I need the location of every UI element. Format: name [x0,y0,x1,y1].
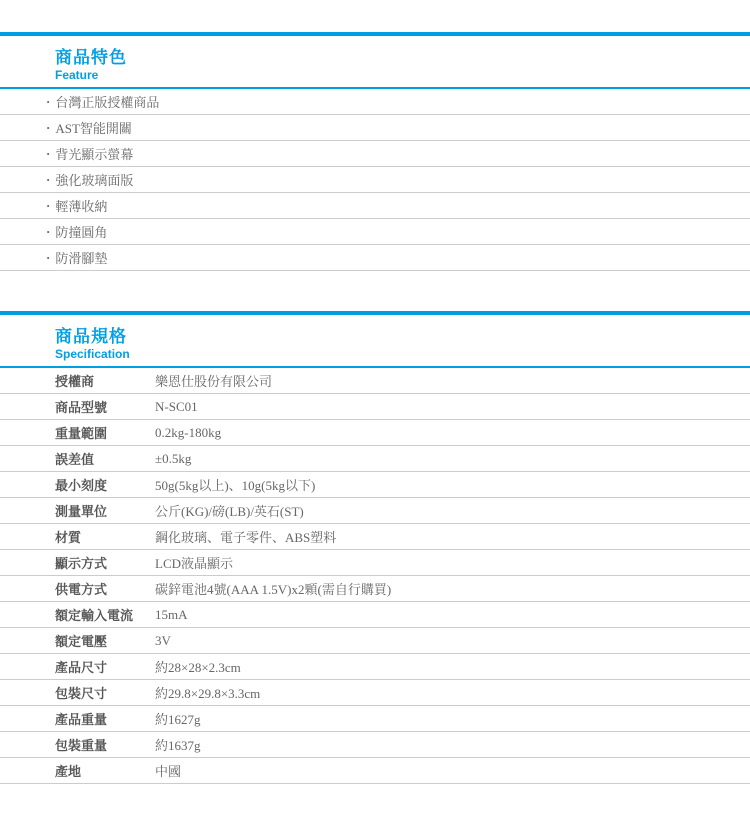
spec-value: N-SC01 [155,399,750,415]
spec-label: 重量範圍 [55,423,155,442]
spec-value: 3V [155,633,750,649]
table-row: 額定電壓 3V [0,628,750,654]
feature-text: 台灣正版授權商品 [55,92,159,111]
spec-label: 包裝尺寸 [55,683,155,702]
spec-value: 0.2kg-180kg [155,425,750,441]
bullet-icon: · [46,146,50,162]
spec-value: ±0.5kg [155,451,750,467]
spec-label: 包裝重量 [55,735,155,754]
bullet-icon: · [46,172,50,188]
specification-section-header: 商品規格 Specification [0,315,750,368]
feature-section-header: 商品特色 Feature [0,36,750,89]
specification-section: 商品規格 Specification 授權商 樂恩仕股份有限公司 商品型號 N-… [0,311,750,784]
spec-label: 供電方式 [55,579,155,598]
table-row: 顯示方式 LCD液晶顯示 [0,550,750,576]
spec-label: 材質 [55,527,155,546]
top-spacer [0,0,750,32]
feature-text: 背光顯示螢幕 [55,144,133,163]
spec-label: 最小刻度 [55,475,155,494]
spec-value: 樂恩仕股份有限公司 [155,371,750,390]
table-row: 產品重量 約1627g [0,706,750,732]
spec-label: 產地 [55,761,155,780]
spec-value: 約1637g [155,735,750,754]
table-row: 測量單位 公斤(KG)/磅(LB)/英石(ST) [0,498,750,524]
bullet-icon: · [46,120,50,136]
spec-label: 額定電壓 [55,631,155,650]
feature-list-item: · 強化玻璃面版 [0,167,750,193]
spec-value: 50g(5kg以上)、10g(5kg以下) [155,475,750,494]
feature-section-subtitle: Feature [55,68,750,82]
feature-list-item: · 台灣正版授權商品 [0,89,750,115]
feature-section: 商品特色 Feature · 台灣正版授權商品 · AST智能開關 · 背光顯示… [0,32,750,271]
specification-section-subtitle: Specification [55,347,750,361]
feature-text: AST智能開關 [55,118,132,137]
feature-list-item: · AST智能開關 [0,115,750,141]
feature-text: 防滑腳墊 [55,248,107,267]
spec-value: 中國 [155,761,750,780]
spec-label: 產品重量 [55,709,155,728]
feature-section-title: 商品特色 [55,48,750,68]
spec-value: 公斤(KG)/磅(LB)/英石(ST) [155,501,750,520]
feature-text: 防撞圓角 [55,222,107,241]
spec-label: 顯示方式 [55,553,155,572]
spec-table: 授權商 樂恩仕股份有限公司 商品型號 N-SC01 重量範圍 0.2kg-180… [0,368,750,784]
table-row: 材質 鋼化玻璃、電子零件、ABS塑料 [0,524,750,550]
spec-value: 約29.8×29.8×3.3cm [155,683,750,702]
spec-label: 誤差值 [55,449,155,468]
table-row: 供電方式 碳鋅電池4號(AAA 1.5V)x2顆(需自行購買) [0,576,750,602]
bullet-icon: · [46,94,50,110]
spec-label: 授權商 [55,371,155,390]
table-row: 誤差值 ±0.5kg [0,446,750,472]
feature-list: · 台灣正版授權商品 · AST智能開關 · 背光顯示螢幕 · 強化玻璃面版 ·… [0,89,750,271]
table-row: 最小刻度 50g(5kg以上)、10g(5kg以下) [0,472,750,498]
section-spacer [0,271,750,311]
spec-label: 額定輸入電流 [55,605,155,624]
spec-label: 商品型號 [55,397,155,416]
bullet-icon: · [46,224,50,240]
feature-text: 輕薄收納 [55,196,107,215]
spec-value: 約1627g [155,709,750,728]
spec-value: 碳鋅電池4號(AAA 1.5V)x2顆(需自行購買) [155,579,750,598]
feature-list-item: · 背光顯示螢幕 [0,141,750,167]
bullet-icon: · [46,198,50,214]
feature-list-item: · 輕薄收納 [0,193,750,219]
specification-section-title: 商品規格 [55,327,750,347]
table-row: 商品型號 N-SC01 [0,394,750,420]
table-row: 重量範圍 0.2kg-180kg [0,420,750,446]
spec-value: LCD液晶顯示 [155,553,750,572]
spec-value: 鋼化玻璃、電子零件、ABS塑料 [155,527,750,546]
spec-label: 測量單位 [55,501,155,520]
bullet-icon: · [46,250,50,266]
spec-label: 產品尺寸 [55,657,155,676]
feature-list-item: · 防撞圓角 [0,219,750,245]
feature-text: 強化玻璃面版 [55,170,133,189]
table-row: 產地 中國 [0,758,750,784]
table-row: 額定輸入電流 15mA [0,602,750,628]
spec-value: 15mA [155,607,750,623]
spec-value: 約28×28×2.3cm [155,657,750,676]
feature-list-item: · 防滑腳墊 [0,245,750,271]
table-row: 包裝尺寸 約29.8×29.8×3.3cm [0,680,750,706]
table-row: 產品尺寸 約28×28×2.3cm [0,654,750,680]
table-row: 包裝重量 約1637g [0,732,750,758]
table-row: 授權商 樂恩仕股份有限公司 [0,368,750,394]
